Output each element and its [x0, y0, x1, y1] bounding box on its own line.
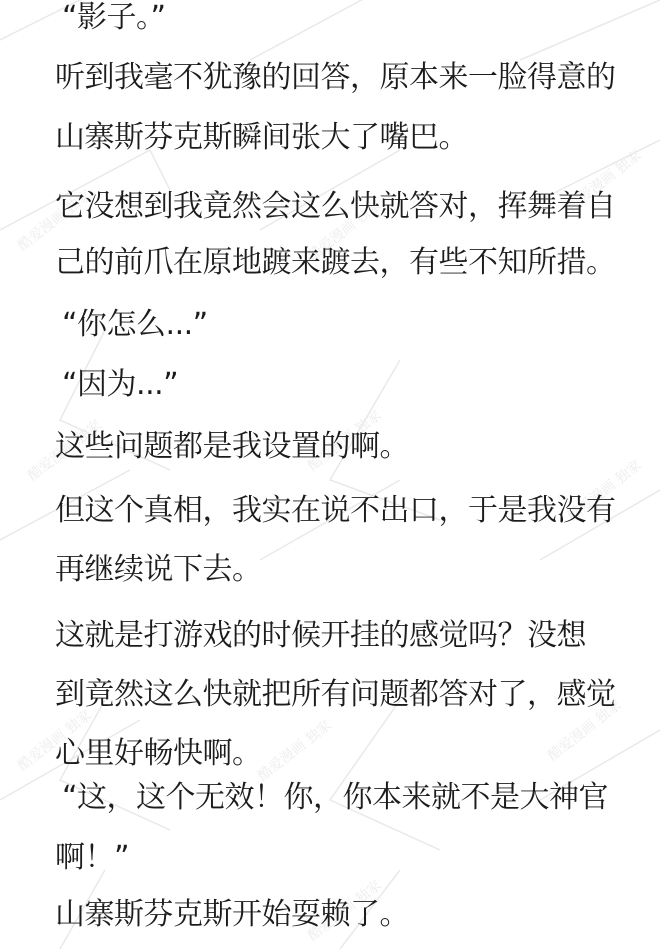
text-line: 己的前爪在原地踱来踱去，有些不知所措。 — [55, 245, 616, 281]
text-line-dialogue: “你怎么...” — [62, 307, 208, 343]
novel-page: “影子。” 听到我毫不犹豫的回答，原本来一脸得意的 山寨斯芬克斯瞬间张大了嘴巴。… — [0, 0, 660, 949]
text-line: 再继续说下去。 — [55, 552, 262, 588]
text-line: 但这个真相，我实在说不出口，于是我没有 — [55, 493, 616, 529]
text-line-dialogue: “这，这个无效！你，你本来就不是大神官 — [62, 780, 608, 816]
text-line: 啊！” — [55, 840, 129, 876]
text-line: 到竟然这么快就把所有问题都答对了，感觉 — [55, 677, 616, 713]
text-line-dialogue: “因为...” — [62, 367, 178, 403]
text-line: 这就是打游戏的时候开挂的感觉吗？没想 — [55, 618, 586, 654]
text-line-dialogue: “影子。” — [62, 0, 166, 36]
text-line: 这些问题都是我设置的啊。 — [55, 429, 409, 465]
text-line: 山寨斯芬克斯开始耍赖了。 — [55, 897, 409, 933]
text-line: 听到我毫不犹豫的回答，原本来一脸得意的 — [55, 60, 616, 96]
text-line: 心里好畅快啊。 — [55, 736, 262, 772]
text-line: 它没想到我竟然会这么快就答对，挥舞着自 — [55, 189, 616, 225]
text-line: 山寨斯芬克斯瞬间张大了嘴巴。 — [55, 120, 468, 156]
